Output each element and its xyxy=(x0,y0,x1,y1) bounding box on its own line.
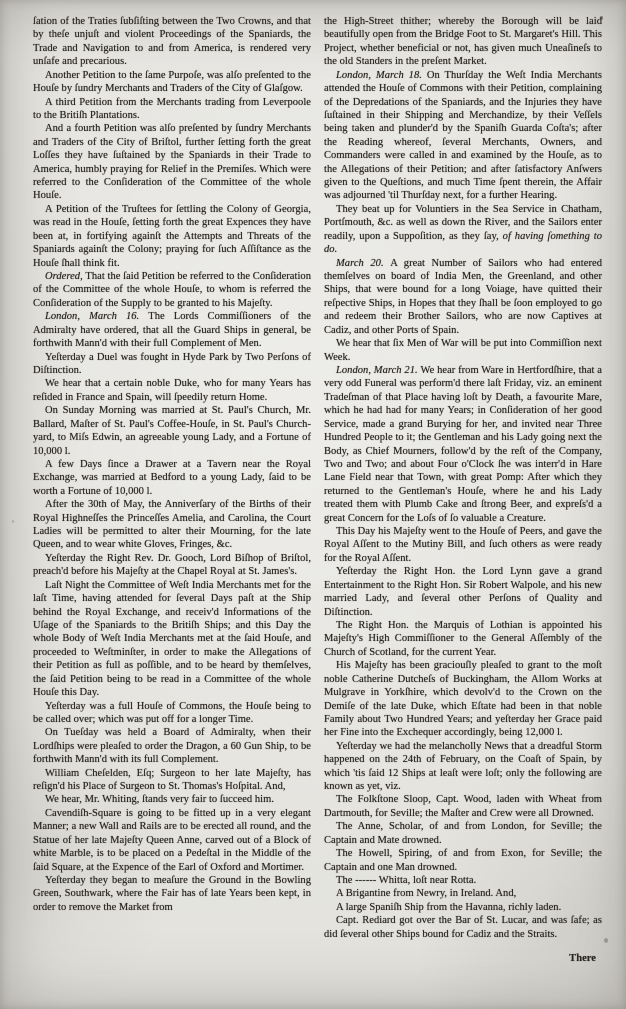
ink-speck xyxy=(600,16,603,20)
paragraph-text: This Day his Majeſty went to the Houſe o… xyxy=(324,526,602,564)
paragraph-text: On Tueſday was held a Board of Admiralty… xyxy=(33,727,311,765)
ink-speck xyxy=(604,938,608,943)
paragraph: The Anne, Scholar, of and from London, f… xyxy=(324,820,602,847)
paragraph: Capt. Rediard got over the Bar of St. Lu… xyxy=(324,914,602,941)
paragraph: The ------ Whitta, loſt near Rotta. xyxy=(324,874,602,887)
paragraph-text: Another Petition to the ſame Purpoſe, wa… xyxy=(33,70,311,94)
italic-lead: Ordered, xyxy=(45,271,85,282)
dateline: March 20. xyxy=(336,258,390,269)
paragraph-text: A Brigantine from Newry, in Ireland. And… xyxy=(336,888,516,899)
paragraph-text: We hear, Mr. Whiting, ſtands very fair t… xyxy=(45,794,274,805)
paragraph: On Sunday Morning was married at St. Pau… xyxy=(33,404,311,458)
paragraph: London, March 21. We hear from Ware in H… xyxy=(324,364,602,525)
paragraph: Yeſterday a Duel was fought in Hyde Park… xyxy=(33,351,311,378)
paragraph-text: His Majeſty has been graciouſly pleaſed … xyxy=(324,660,602,738)
paragraph: Cavendiſh-Square is going to be fitted u… xyxy=(33,807,311,874)
paragraph-text: A few Days ſince a Drawer at a Tavern ne… xyxy=(33,459,311,497)
paragraph-text: Cavendiſh-Square is going to be fitted u… xyxy=(33,808,311,873)
dateline: London, March 21. xyxy=(336,365,420,376)
paragraph: On Tueſday was held a Board of Admiralty… xyxy=(33,726,311,766)
column-right: the High-Street thither; whereby the Bor… xyxy=(324,15,602,966)
paragraph-text: We hear that ſix Men of War will be put … xyxy=(324,338,602,362)
paragraph-text: A great Number of Sailors who had entere… xyxy=(324,258,602,336)
paragraph: A large Spaniſh Ship from the Havanna, r… xyxy=(324,901,602,914)
column-layout: ſation of the Traties ſubſiſting between… xyxy=(33,15,602,966)
paragraph: William Cheſelden, Eſq; Surgeon to her l… xyxy=(33,767,311,794)
paragraph-text: The Howell, Spiring, of and from Exon, f… xyxy=(324,848,602,872)
paragraph-text: Yeſterday we had the melancholly News th… xyxy=(324,741,602,792)
paragraph: Yeſterday the Right Rev. Dr. Gooch, Lord… xyxy=(33,552,311,579)
paragraph: London, March 18. On Thurſday the Weſt I… xyxy=(324,69,602,203)
paragraph: Another Petition to the ſame Purpoſe, wa… xyxy=(33,69,311,96)
paragraph-text: The Anne, Scholar, of and from London, f… xyxy=(324,821,602,845)
paragraph: This Day his Majeſty went to the Houſe o… xyxy=(324,525,602,565)
paragraph-text: The Right Hon. the Marquis of Lothian is… xyxy=(324,620,602,658)
paragraph-text: Laſt Night the Committee of Weſt India M… xyxy=(33,580,311,698)
paragraph: We hear, Mr. Whiting, ſtands very fair t… xyxy=(33,793,311,806)
paragraph-text: And a fourth Petition was alſo preſented… xyxy=(33,123,311,201)
paragraph: After the 30th of May, the Anniverſary o… xyxy=(33,498,311,552)
paragraph: March 20. A great Number of Sailors who … xyxy=(324,257,602,338)
paragraph-text: ſation of the Traties ſubſiſting between… xyxy=(33,16,311,67)
paragraph: We hear that a certain noble Duke, who f… xyxy=(33,377,311,404)
newspaper-page: ſation of the Traties ſubſiſting between… xyxy=(0,0,626,1009)
paragraph: London, March 16. The Lords Commiſſioner… xyxy=(33,310,311,350)
ink-speck xyxy=(12,520,14,523)
paragraph: They beat up for Voluntiers in the Sea S… xyxy=(324,203,602,257)
paragraph-text: The Folkſtone Sloop, Capt. Wood, laden w… xyxy=(324,794,602,818)
paragraph: A Petition of the Truſtees for ſettling … xyxy=(33,203,311,270)
paragraph-text: William Cheſelden, Eſq; Surgeon to her l… xyxy=(33,768,311,792)
paragraph-text: Yeſterday a Duel was fought in Hyde Park… xyxy=(33,352,311,376)
paragraph-text: Yeſterday they began to meaſure the Grou… xyxy=(33,875,311,913)
paragraph-text: We hear from Ware in Hertfordſhire, that… xyxy=(324,365,602,524)
paragraph: We hear that ſix Men of War will be put … xyxy=(324,337,602,364)
column-left: ſation of the Traties ſubſiſting between… xyxy=(33,15,311,966)
paragraph: The Right Hon. the Marquis of Lothian is… xyxy=(324,619,602,659)
paragraph-text: the High-Street thither; whereby the Bor… xyxy=(324,16,602,67)
paragraph: His Majeſty has been graciouſly pleaſed … xyxy=(324,659,602,740)
paragraph: Laſt Night the Committee of Weſt India M… xyxy=(33,579,311,700)
paragraph: ſation of the Traties ſubſiſting between… xyxy=(33,15,311,69)
paragraph-text: Capt. Rediard got over the Bar of St. Lu… xyxy=(324,915,602,939)
paragraph-text: We hear that a certain noble Duke, who f… xyxy=(33,378,311,402)
paragraph-text: A large Spaniſh Ship from the Havanna, r… xyxy=(336,902,561,913)
paragraph: A third Petition from the Merchants trad… xyxy=(33,96,311,123)
catchword: There xyxy=(324,952,602,965)
paragraph: Yeſterday was a full Houſe of Commons, t… xyxy=(33,700,311,727)
paragraph: Ordered, That the ſaid Petition be refer… xyxy=(33,270,311,310)
paragraph-text: Yeſterday was a full Houſe of Commons, t… xyxy=(33,701,311,725)
paragraph: A Brigantine from Newry, in Ireland. And… xyxy=(324,887,602,900)
dateline: London, March 16. xyxy=(45,311,148,322)
dateline: London, March 18. xyxy=(336,70,427,81)
paragraph-text: Yeſterday the Right Hon. the Lord Lynn g… xyxy=(324,566,602,617)
paragraph-text: A third Petition from the Merchants trad… xyxy=(33,97,311,121)
paragraph: The Folkſtone Sloop, Capt. Wood, laden w… xyxy=(324,793,602,820)
paragraph: the High-Street thither; whereby the Bor… xyxy=(324,15,602,69)
paragraph: And a fourth Petition was alſo preſented… xyxy=(33,122,311,203)
paragraph-text: On Thurſday the Weſt India Merchants att… xyxy=(324,70,602,202)
paragraph: The Howell, Spiring, of and from Exon, f… xyxy=(324,847,602,874)
paragraph: Yeſterday we had the melancholly News th… xyxy=(324,740,602,794)
paragraph-text: On Sunday Morning was married at St. Pau… xyxy=(33,405,311,456)
paragraph: Yeſterday they began to meaſure the Grou… xyxy=(33,874,311,914)
paragraph: A few Days ſince a Drawer at a Tavern ne… xyxy=(33,458,311,498)
paragraph-text: Yeſterday the Right Rev. Dr. Gooch, Lord… xyxy=(33,553,311,577)
paragraph: Yeſterday the Right Hon. the Lord Lynn g… xyxy=(324,565,602,619)
paragraph-text: A Petition of the Truſtees for ſettling … xyxy=(33,204,311,269)
paragraph-text: After the 30th of May, the Anniverſary o… xyxy=(33,499,311,550)
paragraph-text: The ------ Whitta, loſt near Rotta. xyxy=(336,875,476,886)
